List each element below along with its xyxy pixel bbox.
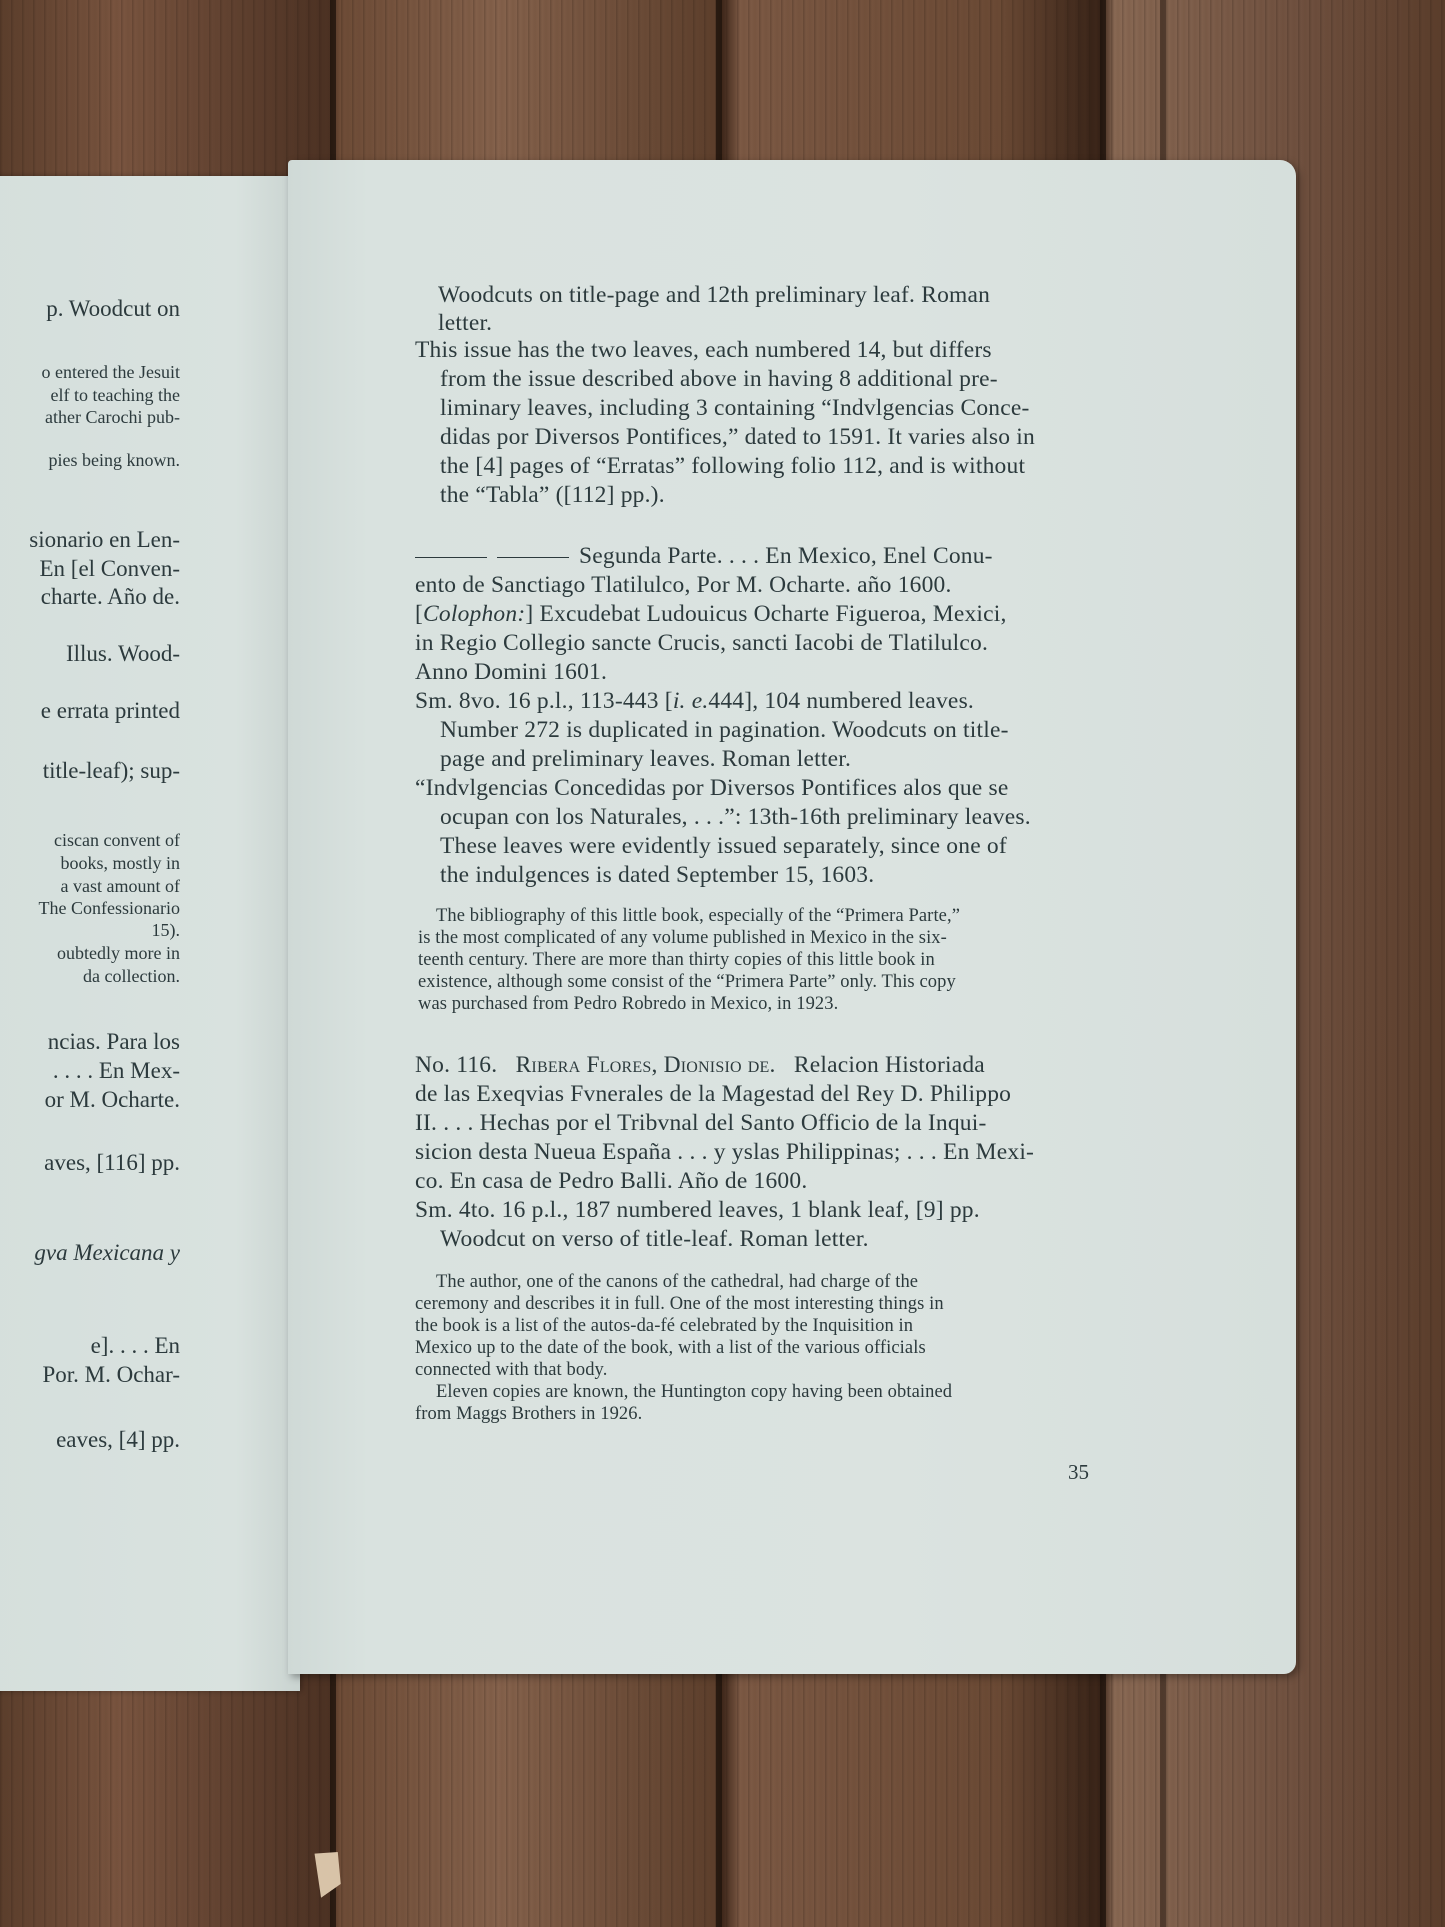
left-page: p. Woodcut on o entered the Jesuit elf t…	[0, 176, 300, 1691]
ditto-rule	[415, 557, 487, 558]
left-text-line: 15).	[152, 920, 181, 941]
entry-116-title-line: sicion desta Nueua España . . . y yslas …	[415, 1139, 1034, 1166]
left-text-line: e errata printed	[41, 698, 180, 724]
left-text-line: En [el Conven-	[39, 556, 180, 582]
left-text-line: Por. M. Ochar-	[42, 1362, 180, 1388]
left-text-line: ncias. Para los	[48, 1029, 180, 1055]
left-text-line: books, mostly in	[60, 853, 180, 874]
left-text-line: Illus. Wood-	[66, 641, 180, 667]
left-text-line: a vast amount of	[61, 876, 180, 897]
bibliography-note-line: existence, although some consist of the …	[418, 972, 956, 993]
left-text-line: elf to teaching the	[51, 385, 180, 406]
right-page: Woodcuts on title-page and 12th prelimin…	[288, 160, 1296, 1674]
entry-116-note-line: ceremony and describes it in full. One o…	[415, 1294, 944, 1315]
collation-tail-line: letter.	[438, 310, 492, 337]
issue-note-line: from the issue described above in having…	[440, 366, 998, 393]
left-text-line: ciscan convent of	[54, 830, 180, 851]
issue-note-line: This issue has the two leaves, each numb…	[415, 337, 992, 364]
entry-116-title-line: II. . . . Hechas por el Tribvnal del San…	[415, 1110, 986, 1137]
segunda-title-line: ento de Sanctiago Tlatilulco, Por M. Och…	[415, 572, 952, 599]
indulgences-line: “Indvlgencias Concedidas por Diversos Po…	[415, 775, 1009, 802]
left-text-line: or M. Ocharte.	[45, 1087, 180, 1113]
entry-116-heading: No. 116. Ribera Flores, Dionisio de. Rel…	[415, 1052, 985, 1079]
entry-116-title-line: co. En casa de Pedro Balli. Año de 1600.	[415, 1168, 807, 1195]
issue-note-line: liminary leaves, including 3 containing …	[440, 395, 1030, 422]
left-text-line: pies being known.	[49, 450, 180, 471]
indulgences-line: ocupan con los Naturales, . . .”: 13th-1…	[440, 804, 1031, 831]
segunda-collation-line: page and preliminary leaves. Roman lette…	[440, 746, 851, 773]
indulgences-line: These leaves were evidently issued separ…	[440, 833, 1007, 860]
entry-116-note-line: connected with that body.	[415, 1360, 607, 1381]
left-text-line: sionario en Len-	[29, 527, 180, 553]
segunda-title-line: in Regio Collegio sancte Crucis, sancti …	[415, 630, 988, 657]
segunda-title-line: Segunda Parte. . . . En Mexico, Enel Con…	[415, 543, 993, 570]
entry-116-note-line: The author, one of the canons of the cat…	[436, 1272, 918, 1293]
wood-chip	[298, 1842, 354, 1898]
left-text-line: ather Carochi pub-	[45, 407, 180, 428]
entry-116-note-line: Eleven copies are known, the Huntington …	[436, 1382, 952, 1403]
entry-116-title-line: de las Exeqvias Fvnerales de la Magestad…	[415, 1081, 1011, 1108]
ditto-rule	[497, 557, 569, 558]
left-text-line: The Confessionario	[39, 898, 180, 919]
entry-116-note-line: from Maggs Brothers in 1926.	[415, 1404, 642, 1425]
bibliography-note-line: is the most complicated of any volume pu…	[418, 928, 947, 949]
indulgences-line: the indulgences is dated September 15, 1…	[440, 862, 874, 889]
entry-116-note-line: Mexico up to the date of the book, with …	[415, 1338, 926, 1359]
segunda-collation-line: Number 272 is duplicated in pagination. …	[440, 717, 1009, 744]
collation-tail-line: Woodcuts on title-page and 12th prelimin…	[438, 282, 990, 309]
issue-note-line: didas por Diversos Pontifices,” dated to…	[440, 424, 1035, 451]
left-text-line: o entered the Jesuit	[42, 362, 180, 383]
colophon-label: Colophon:	[423, 601, 525, 627]
left-text-line: da collection.	[83, 966, 180, 987]
left-text-line: charte. Año de.	[41, 584, 180, 610]
entry-116-collation-line: Sm. 4to. 16 p.l., 187 numbered leaves, 1…	[415, 1197, 980, 1224]
left-text-line: gva Mexicana y	[34, 1240, 180, 1266]
entry-author: Ribera Flores, Dionisio de.	[516, 1052, 776, 1078]
segunda-title-line: Anno Domini 1601.	[415, 659, 607, 686]
left-text-line: . . . . En Mex-	[53, 1058, 180, 1084]
segunda-collation-line: Sm. 8vo. 16 p.l., 113-443 [i. e.444], 10…	[415, 688, 974, 715]
issue-note-line: the “Tabla” ([112] pp.).	[440, 482, 665, 509]
bibliography-note-line: teenth century. There are more than thir…	[418, 950, 935, 971]
left-text-line: p. Woodcut on	[46, 296, 180, 322]
page-number: 35	[1068, 1460, 1089, 1485]
entry-116-collation-line: Woodcut on verso of title-leaf. Roman le…	[440, 1226, 869, 1253]
left-text-line: oubtedly more in	[57, 943, 180, 964]
left-text-line: aves, [116] pp.	[44, 1150, 180, 1176]
left-text-line: eaves, [4] pp.	[56, 1427, 180, 1453]
segunda-title-line: [Colophon:] Excudebat Ludouicus Ocharte …	[415, 601, 1007, 628]
entry-116-note-line: the book is a list of the autos-da-fé ce…	[415, 1316, 913, 1337]
left-text-line: e]. . . . En	[91, 1333, 180, 1359]
bibliography-note-line: The bibliography of this little book, es…	[436, 906, 960, 927]
bibliography-note-line: was purchased from Pedro Robredo in Mexi…	[418, 994, 838, 1015]
issue-note-line: the [4] pages of “Erratas” following fol…	[440, 453, 1025, 480]
left-text-line: title-leaf); sup-	[43, 758, 180, 784]
entry-number: No. 116.	[415, 1052, 497, 1078]
